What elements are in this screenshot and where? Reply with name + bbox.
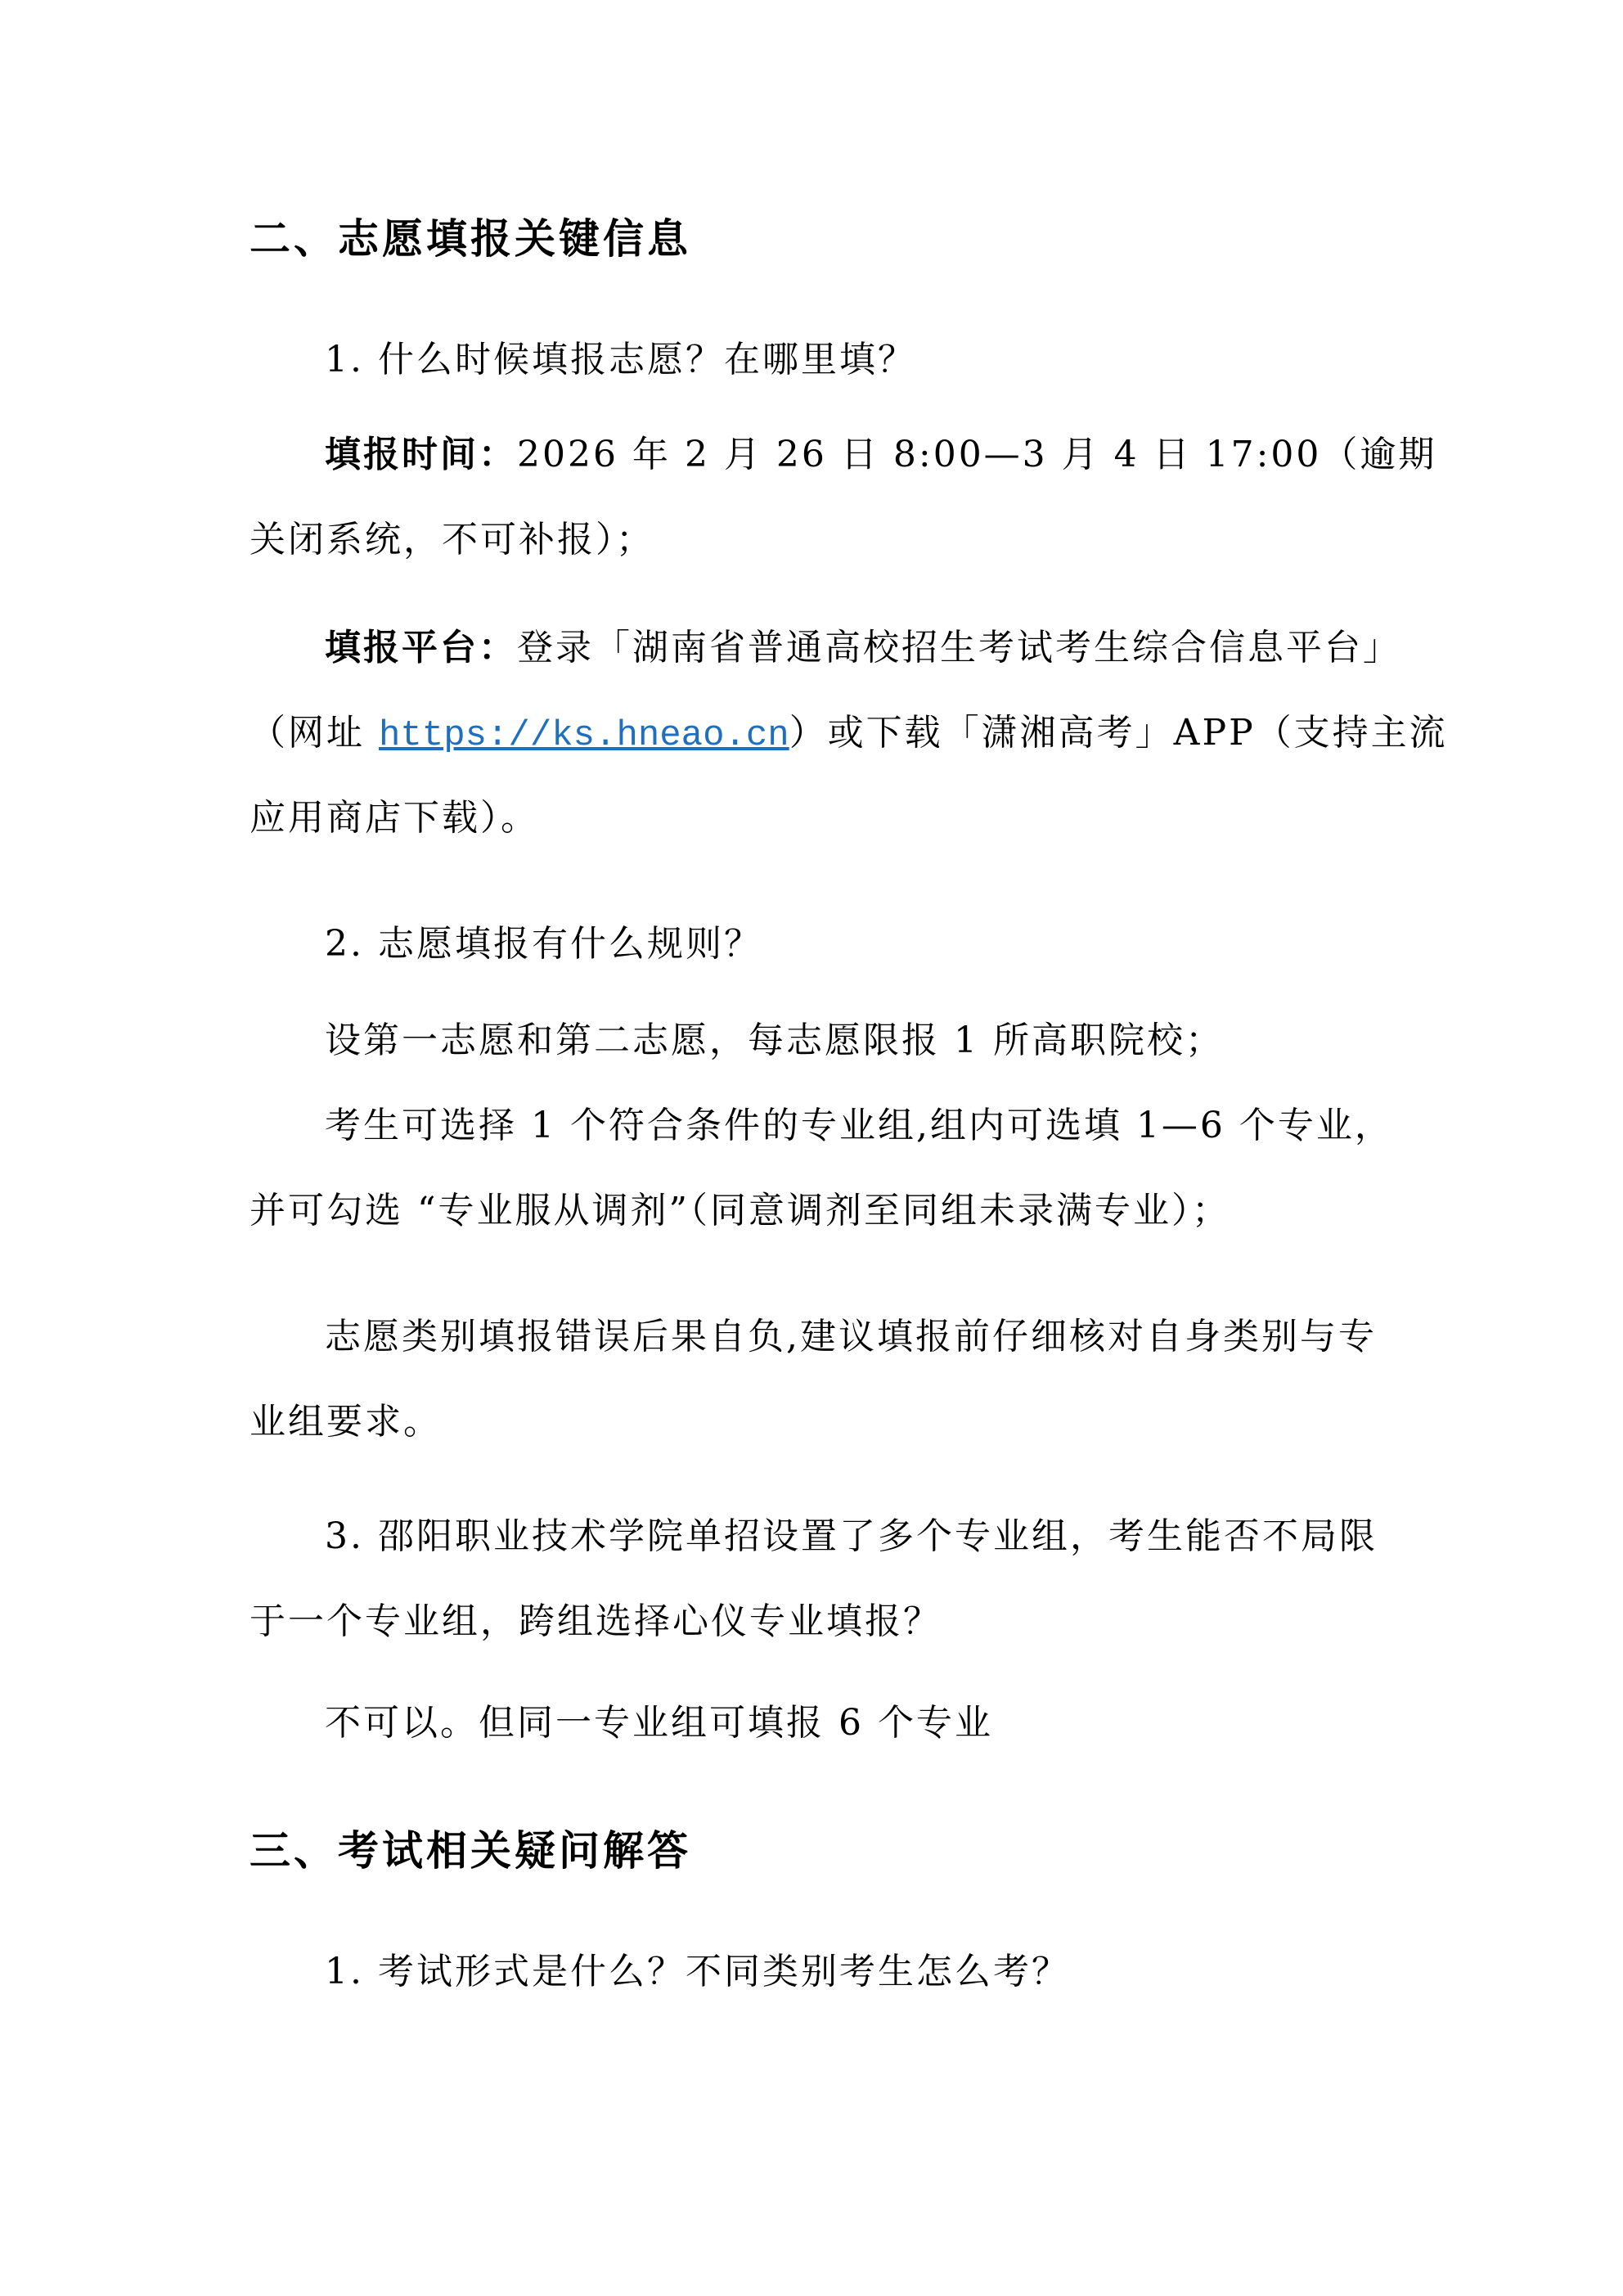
fill-time-continued: 关闭系统，不可补报）； xyxy=(250,515,654,565)
answer-paragraph-2-3: 不可以。但同一专业组可填报 6 个专业 xyxy=(325,1699,993,1748)
url-suffix: ）或下载「潇湘高考」APP（支持主流 xyxy=(789,712,1448,754)
fill-time-value: 2026 年 2 月 26 日 8:00—3 月 4 日 17:00（逾期 xyxy=(517,434,1436,475)
question-heading-2-2: 2. 志愿填报有什么规则？ xyxy=(325,920,762,969)
question-heading-2-1: 1. 什么时候填报志愿？在哪里填？ xyxy=(325,335,916,385)
url-prefix: （网址 xyxy=(250,712,379,754)
question-heading-2-3-cont: 于一个专业组，跨组选择心仪专业填报？ xyxy=(250,1597,942,1646)
fill-platform-value: 登录「湖南省普通高校招生考试考生综合信息平台」 xyxy=(517,627,1401,669)
fill-platform-paragraph: 填报平台：登录「湖南省普通高校招生考试考生综合信息平台」 xyxy=(325,624,1401,673)
fill-platform-line2: （网址 https://ks.hneao.cn）或下载「潇湘高考」APP（支持主… xyxy=(250,709,1448,760)
fill-time-paragraph: 填报时间：2026 年 2 月 26 日 8:00—3 月 4 日 17:00（… xyxy=(325,430,1436,479)
section-heading-2: 二、志愿填报关键信息 xyxy=(250,214,691,263)
rule-paragraph-1: 设第一志愿和第二志愿，每志愿限报 1 所高职院校； xyxy=(325,1016,1224,1065)
rule-paragraph-2-cont: 并可勾选 “专业服从调剂”（同意调剂至同组未录满专业）； xyxy=(250,1186,1230,1236)
question-heading-2-3: 3. 邵阳职业技术学院单招设置了多个专业组，考生能否不局限 xyxy=(325,1512,1378,1561)
section-heading-3: 三、考试相关疑问解答 xyxy=(250,1826,691,1875)
fill-platform-label: 填报平台： xyxy=(325,627,517,669)
rule-paragraph-3-cont: 业组要求。 xyxy=(250,1398,442,1447)
rule-paragraph-2: 考生可选择 1 个符合条件的专业组,组内可选填 1—6 个专业， xyxy=(325,1101,1393,1150)
rule-paragraph-3: 志愿类别填报错误后果自负,建议填报前仔细核对自身类别与专 xyxy=(325,1312,1377,1362)
question-heading-3-1: 1. 考试形式是什么？不同类别考生怎么考？ xyxy=(325,1947,1070,1997)
fill-platform-line3: 应用商店下载）。 xyxy=(250,794,539,843)
fill-time-label: 填报时间： xyxy=(325,434,517,475)
platform-url-link[interactable]: https://ks.hneao.cn xyxy=(379,715,789,756)
